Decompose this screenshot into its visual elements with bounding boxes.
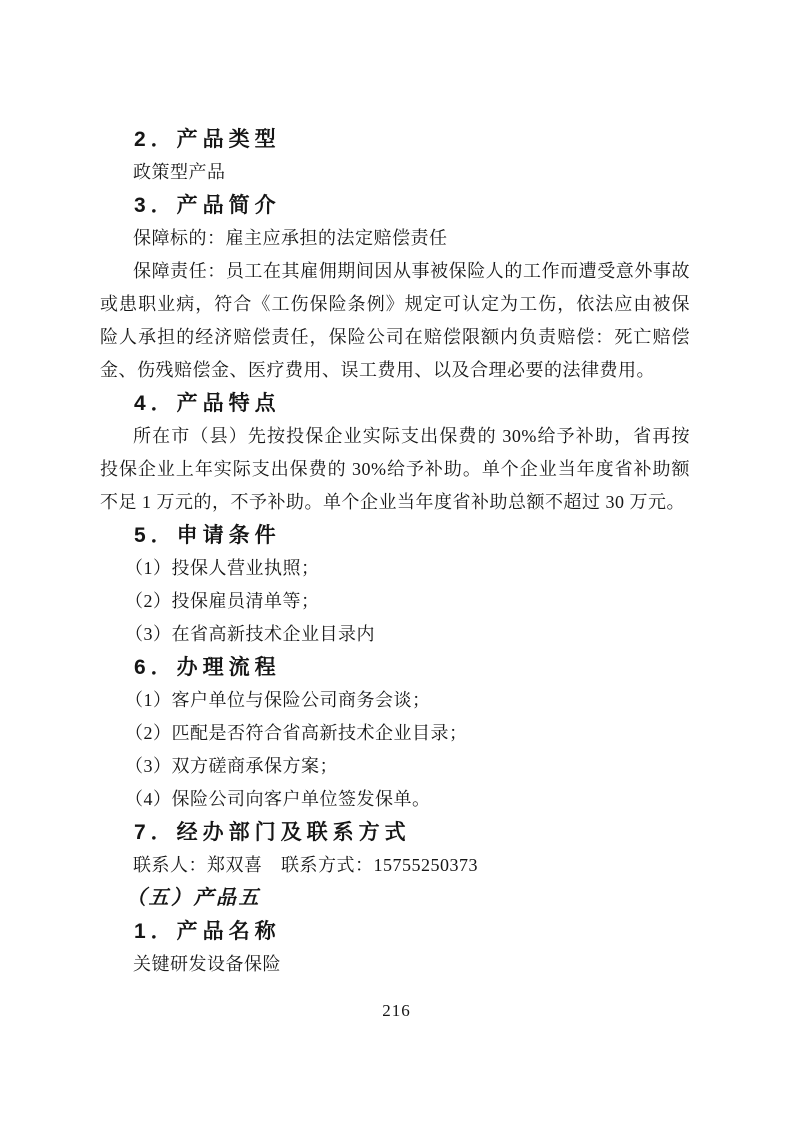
para-product-name-value: 关键研发设备保险 [100, 948, 690, 981]
para-coverage-liability: 保障责任：员工在其雇佣期间因从事被保险人的工作而遭受意外事故或患职业病，符合《工… [100, 255, 690, 387]
document-body: 2．产品类型 政策型产品 3．产品简介 保障标的：雇主应承担的法定赔偿责任 保障… [100, 123, 690, 981]
para-contact-info: 联系人：郑双喜 联系方式：15755250373 [100, 849, 690, 882]
para-insured-object: 保障标的：雇主应承担的法定赔偿责任 [100, 222, 690, 255]
page-number: 216 [0, 994, 793, 1027]
list-item-process-3: （3）双方磋商承保方案； [100, 750, 690, 783]
heading-handling-process: 6．办理流程 [134, 651, 690, 684]
list-item-process-4: （4）保险公司向客户单位签发保单。 [100, 783, 690, 816]
heading-contact-department: 7．经办部门及联系方式 [134, 816, 690, 849]
list-item-process-1: （1）客户单位与保险公司商务会谈； [100, 684, 690, 717]
heading-product-name: 1．产品名称 [134, 915, 690, 948]
list-item-condition-1: （1）投保人营业执照； [100, 552, 690, 585]
heading-product-features: 4．产品特点 [134, 387, 690, 420]
list-item-condition-3: （3）在省高新技术企业目录内 [100, 618, 690, 651]
document-page: 2．产品类型 政策型产品 3．产品简介 保障标的：雇主应承担的法定赔偿责任 保障… [0, 0, 793, 1122]
heading-application-conditions: 5．申请条件 [134, 519, 690, 552]
para-product-type-value: 政策型产品 [100, 156, 690, 189]
para-product-features: 所在市（县）先按投保企业实际支出保费的 30%给予补助，省再按投保企业上年实际支… [100, 420, 690, 519]
heading-product-intro: 3．产品简介 [134, 189, 690, 222]
list-item-process-2: （2）匹配是否符合省高新技术企业目录； [100, 717, 690, 750]
heading-product-type: 2．产品类型 [134, 123, 690, 156]
heading-section-product-five: （五）产品五 [126, 882, 690, 915]
list-item-condition-2: （2）投保雇员清单等； [100, 585, 690, 618]
